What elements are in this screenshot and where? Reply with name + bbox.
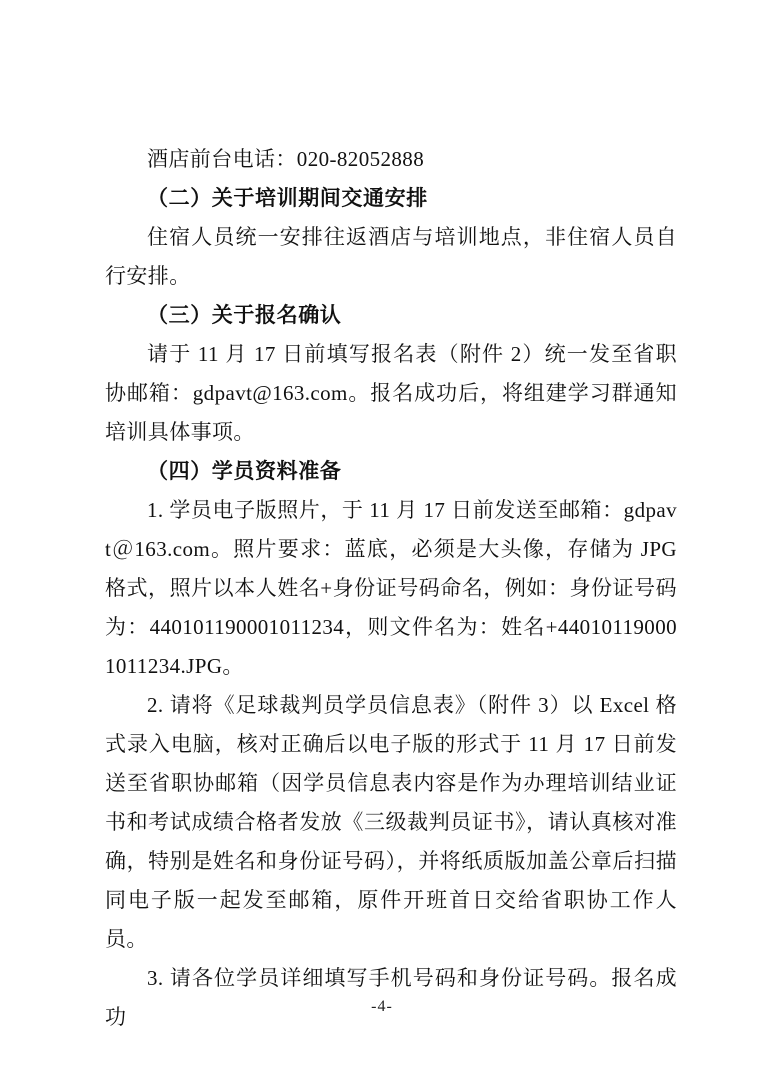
section-heading: （二）关于培训期间交通安排 [105, 179, 677, 218]
section-heading: （三）关于报名确认 [105, 296, 677, 335]
document-body: 酒店前台电话：020-82052888（二）关于培训期间交通安排住宿人员统一安排… [105, 140, 677, 1037]
paragraph: 请于 11 月 17 日前填写报名表（附件 2）统一发至省职协邮箱：gdpavt… [105, 335, 677, 452]
paragraph: 1. 学员电子版照片，于 11 月 17 日前发送至邮箱：gdpavt＠163.… [105, 491, 677, 686]
page-number: -4- [371, 998, 393, 1015]
document-page: 酒店前台电话：020-82052888（二）关于培训期间交通安排住宿人员统一安排… [0, 0, 764, 1080]
paragraph: 酒店前台电话：020-82052888 [105, 140, 677, 179]
page-footer: -4- [0, 998, 764, 1016]
paragraph: 住宿人员统一安排往返酒店与培训地点，非住宿人员自行安排。 [105, 218, 677, 296]
section-heading: （四）学员资料准备 [105, 452, 677, 491]
paragraph: 2. 请将《足球裁判员学员信息表》（附件 3）以 Excel 格式录入电脑，核对… [105, 686, 677, 959]
